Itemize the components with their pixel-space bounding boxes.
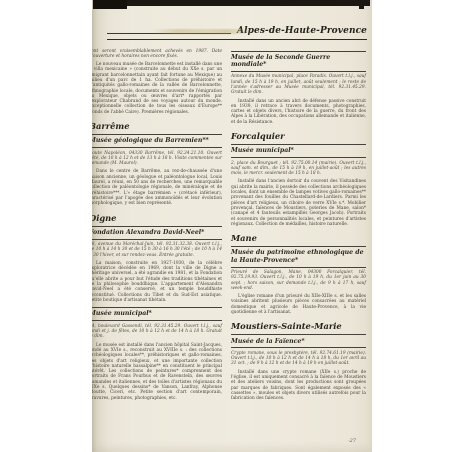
visit-info-patrimoine-ethnologique: Prieuré de Salagon, Mane, 04300 Forcalqu… — [231, 270, 366, 291]
museum-title-david-neel: Fondation Alexandra David-Neel* — [92, 226, 222, 240]
screenshot-canvas: Alpes-de-Haute-Provence sont seront vrai… — [0, 0, 452, 452]
city-heading-barreme: Barrême — [92, 122, 222, 131]
description-seconde-guerre: Installé dans un ancien abri de défense … — [231, 99, 366, 125]
left-column: sont seront vraisemblablement achevés en… — [92, 49, 222, 406]
description-faience: Installé dans une crypte romane (XIIe s.… — [231, 370, 366, 402]
visit-info-forcalquier-municipal: 2, place du Bourguet ; tél. 92.75.00.14 … — [231, 161, 366, 177]
visit-info-faience: Crypte romane, sous le presbytère, tél. … — [231, 351, 366, 367]
continuation-note: sont seront vraisemblablement achevés en… — [92, 49, 222, 60]
department-title: Alpes-de-Haute-Provence — [237, 26, 367, 36]
scan-artifact-top-left-block — [93, 0, 127, 9]
print-bleed-smudge — [152, 29, 252, 34]
museum-title-faience: Musée de la Faïence* — [231, 334, 366, 348]
description-patrimoine-ethnologique: L'église romane d'un prieuré du XIIe-XII… — [231, 294, 366, 315]
page-header: Alpes-de-Haute-Provence — [107, 26, 367, 40]
city-heading-digne: Digne — [92, 214, 222, 223]
visit-info-seconde-guerre: Annexe du Musée municipal, place Paradis… — [231, 74, 366, 95]
museum-title-seconde-guerre: Musée de la Seconde Guerre mondiale* — [231, 51, 366, 72]
city-heading-mane: Mane — [231, 234, 366, 243]
barcelonnette-paragraph: Le nouveau musée de Barcelonnette est in… — [92, 62, 222, 115]
museum-title-patrimoine-ethnologique: Musée du patrimoine ethnologique de la H… — [231, 246, 366, 267]
header-thick-rule — [107, 39, 367, 40]
description-barremien: Dans le centre de Barrême, au rez-de-cha… — [92, 169, 222, 206]
scan-artifact-top-notch — [359, 0, 364, 9]
description-david-neel: La maison, construite en 1927-1930, de l… — [92, 261, 222, 303]
page-number: -27 — [348, 438, 356, 444]
description-digne-municipal: Le musée est installé dans l'ancien hôpi… — [92, 343, 222, 401]
museum-title-forcalquier-municipal: Musée municipal* — [231, 144, 366, 158]
description-forcalquier-municipal: Installé dans l'ancien dortoir du couven… — [231, 179, 366, 227]
right-column: Musée de la Seconde Guerre mondiale* Ann… — [231, 49, 366, 406]
city-heading-moustiers: Moustiers-Sainte-Marie — [231, 322, 366, 331]
museum-title-digne-municipal: Musée municipal* — [92, 307, 222, 321]
visit-info-david-neel: 28, avenue du Maréchal-Juin, tél. 92.31.… — [92, 242, 222, 258]
museum-title-barremien: Musée géologique du Barremien** — [92, 134, 222, 148]
scan-artifact-top-bar — [93, 0, 370, 6]
scanned-page: Alpes-de-Haute-Provence sont seront vrai… — [92, 0, 372, 452]
city-heading-forcalquier: Forcalquier — [231, 132, 366, 141]
visit-info-barremien: Route Napoléon, 04330 Barrême, tél. 92.3… — [92, 151, 222, 167]
visit-info-digne-municipal: 64, boulevard Gassendi, tél. 92.31.45.29… — [92, 324, 222, 340]
text-columns: sont seront vraisemblablement achevés en… — [92, 49, 372, 406]
